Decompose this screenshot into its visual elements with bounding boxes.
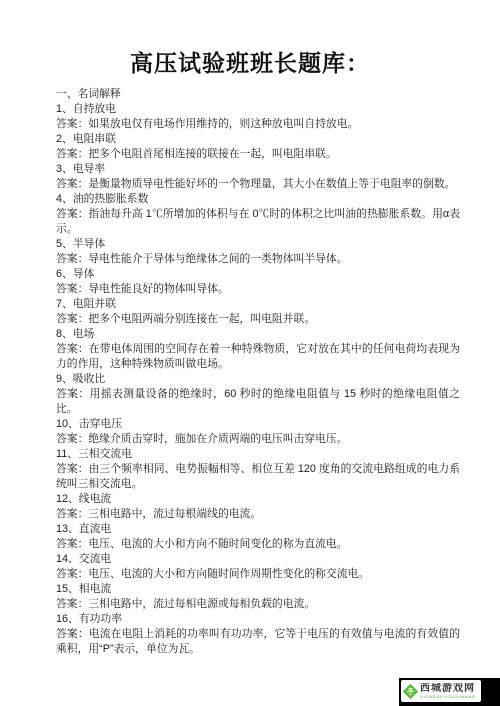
answer-text: 答案：是衡量物质导电性能好坏的一个物理量，其大小在数值上等于电阻率的倒数。 xyxy=(56,177,460,192)
qa-item: 5、半导体 答案：导电性能介于导体与绝缘体之间的一类物体叫半导体。 xyxy=(56,237,460,267)
qa-item: 4、油的热膨胀系数 答案：指油每升高 1℃所增加的体积与在 0℃时的体积之比叫油… xyxy=(56,192,460,237)
qa-item: 3、电导率 答案：是衡量物质导电性能好坏的一个物理量，其大小在数值上等于电阻率的… xyxy=(56,162,460,192)
answer-text: 答案：电压、电流的大小和方向不随时间变化的称为直流电。 xyxy=(56,537,460,552)
qa-item: 16、有功功率 答案：电流在电阻上消耗的功率叫有功功率，它等于电压的有效值与电流… xyxy=(56,612,460,657)
qa-items-container: 1、自持放电 答案：如果放电仅有电场作用维持的，则这种放电叫自持放电。 2、电阻… xyxy=(56,102,460,657)
question-label: 3、电导率 xyxy=(56,162,460,177)
question-label: 15、相电流 xyxy=(56,582,460,597)
site-logo-icon xyxy=(403,684,418,699)
answer-text: 答案：把多个电阻两端分别连接在一起，叫电阻并联。 xyxy=(56,312,460,327)
qa-item: 2、电阻串联 答案：把多个电阻首尾相连接的联接在一起，叫电阻串联。 xyxy=(56,132,460,162)
answer-text: 答案：用摇表测量设备的绝缘时，60 秒时的绝缘电阻值与 15 秒时的绝缘电阻值之… xyxy=(56,387,460,417)
qa-item: 9、吸收比 答案：用摇表测量设备的绝缘时，60 秒时的绝缘电阻值与 15 秒时的… xyxy=(56,372,460,417)
qa-item: 14、交流电 答案：电压、电流的大小和方向随时间作周期性变化的称交流电。 xyxy=(56,552,460,582)
answer-text: 答案：三相电路中，流过每根端线的电流。 xyxy=(56,507,460,522)
qa-item: 10、击穿电压 答案：绝缘介质击穿时，施加在介质两端的电压叫击穿电压。 xyxy=(56,417,460,447)
question-label: 13、直流电 xyxy=(56,522,460,537)
answer-text: 答案：三相电路中，流过每相电源或每相负载的电流。 xyxy=(56,597,460,612)
question-label: 12、线电流 xyxy=(56,492,460,507)
answer-text: 答案：电流在电阻上消耗的功率叫有功功率，它等于电压的有效值与电流的有效值的乘积，… xyxy=(56,627,460,657)
qa-item: 6、导体 答案：导电性能良好的物体叫导体。 xyxy=(56,267,460,297)
question-label: 4、油的热膨胀系数 xyxy=(56,192,460,207)
page-title: 高压试验班班长题库： xyxy=(0,50,500,78)
question-label: 5、半导体 xyxy=(56,237,460,252)
question-label: 14、交流电 xyxy=(56,552,460,567)
site-name: 西城游戏网 xyxy=(420,683,476,694)
document-page: 高压试验班班长题库： 一、名词解释 1、自持放电 答案：如果放电仅有电场作用维持… xyxy=(0,50,500,657)
answer-text: 答案：如果放电仅有电场作用维持的，则这种放电叫自持放电。 xyxy=(56,117,460,132)
answer-text: 答案：在带电体周围的空间存在着一种特殊物质，它对放在其中的任何电荷均表现为力的作… xyxy=(56,342,460,372)
qa-list: 一、名词解释 1、自持放电 答案：如果放电仅有电场作用维持的，则这种放电叫自持放… xyxy=(0,87,500,657)
watermark-text-group: 西城游戏网 XICHENGYOUXIWANG xyxy=(420,683,476,699)
question-label: 10、击穿电压 xyxy=(56,417,460,432)
question-label: 8、电场 xyxy=(56,327,460,342)
answer-text: 答案：把多个电阻首尾相连接的联接在一起，叫电阻串联。 xyxy=(56,147,460,162)
answer-text: 答案：绝缘介质击穿时，施加在介质两端的电压叫击穿电压。 xyxy=(56,432,460,447)
question-label: 9、吸收比 xyxy=(56,372,460,387)
question-label: 16、有功功率 xyxy=(56,612,460,627)
section-heading: 一、名词解释 xyxy=(56,87,460,102)
watermark-logo[interactable]: 西城游戏网 XICHENGYOUXIWANG xyxy=(401,680,481,702)
question-label: 7、电阻并联 xyxy=(56,297,460,312)
answer-text: 答案：电压、电流的大小和方向随时间作周期性变化的称交流电。 xyxy=(56,567,460,582)
watermark-bar: 西城游戏网 XICHENGYOUXIWANG xyxy=(399,678,500,706)
qa-item: 13、直流电 答案：电压、电流的大小和方向不随时间变化的称为直流电。 xyxy=(56,522,460,552)
answer-text: 答案：由三个频率相同、电势振幅相等、相位互差 120 度角的交流电路组成的电力系… xyxy=(56,462,460,492)
qa-item: 8、电场 答案：在带电体周围的空间存在着一种特殊物质，它对放在其中的任何电荷均表… xyxy=(56,327,460,372)
qa-item: 15、相电流 答案：三相电路中，流过每相电源或每相负载的电流。 xyxy=(56,582,460,612)
qa-item: 11、三相交流电 答案：由三个频率相同、电势振幅相等、相位互差 120 度角的交… xyxy=(56,447,460,492)
site-subtext: XICHENGYOUXIWANG xyxy=(420,694,476,699)
question-label: 11、三相交流电 xyxy=(56,447,460,462)
qa-item: 7、电阻并联 答案：把多个电阻两端分别连接在一起，叫电阻并联。 xyxy=(56,297,460,327)
answer-text: 答案：导电性能良好的物体叫导体。 xyxy=(56,282,460,297)
qa-item: 12、线电流 答案：三相电路中，流过每根端线的电流。 xyxy=(56,492,460,522)
question-label: 6、导体 xyxy=(56,267,460,282)
answer-text: 答案：导电性能介于导体与绝缘体之间的一类物体叫半导体。 xyxy=(56,252,460,267)
qa-item: 1、自持放电 答案：如果放电仅有电场作用维持的，则这种放电叫自持放电。 xyxy=(56,102,460,132)
question-label: 1、自持放电 xyxy=(56,102,460,117)
question-label: 2、电阻串联 xyxy=(56,132,460,147)
answer-text: 答案：指油每升高 1℃所增加的体积与在 0℃时的体积之比叫油的热膨胀系数。用α表… xyxy=(56,207,460,237)
